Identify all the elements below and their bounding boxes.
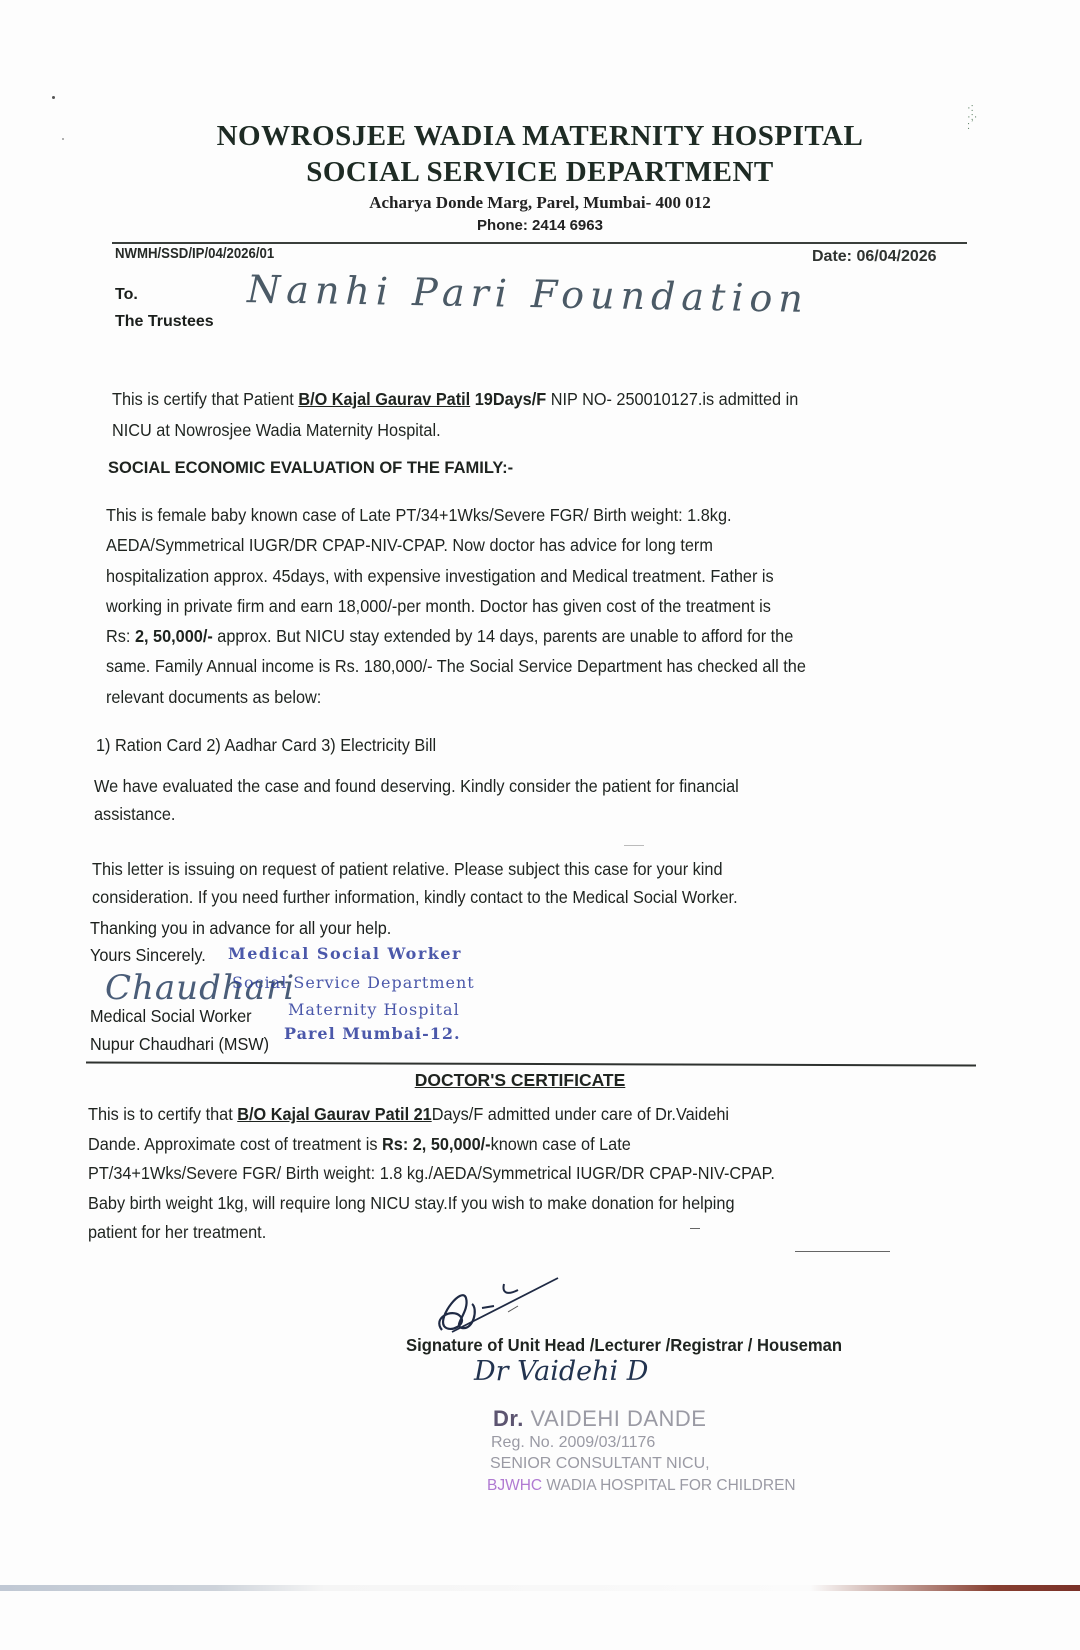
hospital-address: Acharya Donde Marg, Parel, Mumbai- 400 0… bbox=[0, 193, 1080, 213]
evaluation-line: Rs: 2, 50,000/- approx. But NICU stay ex… bbox=[106, 621, 806, 651]
intro-line-2: NICU at Nowrosjee Wadia Maternity Hospit… bbox=[112, 415, 798, 446]
reference-number: NWMH/SSD/IP/04/2026/01 bbox=[115, 245, 274, 262]
evaluation-line: same. Family Annual income is Rs. 180,00… bbox=[106, 651, 806, 681]
doctor-stamp-name: Dr. VAIDEHI DANDE bbox=[493, 1406, 706, 1432]
scan-edge bbox=[0, 1585, 1080, 1591]
doctor-stamp-hospital: BJWHC WADIA HOSPITAL FOR CHILDREN bbox=[487, 1477, 796, 1495]
hospital-name: NOWROSJEE WADIA MATERNITY HOSPITAL bbox=[0, 120, 1080, 153]
doctor-stamp-reg: Reg. No. 2009/03/1176 bbox=[491, 1434, 655, 1452]
msw-stamp-line: Maternity Hospital bbox=[288, 1000, 460, 1019]
treatment-cost: Rs: 2, 50,000/- bbox=[382, 1134, 491, 1154]
request-paragraph: This letter is issuing on request of pat… bbox=[92, 855, 738, 911]
msw-stamp-line: Medical Social Worker bbox=[228, 944, 462, 963]
evaluation-line: working in private firm and earn 18,000/… bbox=[106, 591, 806, 621]
documents-list: 1) Ration Card 2) Aadhar Card 3) Electri… bbox=[96, 730, 436, 761]
doctor-certificate-title: DOCTOR'S CERTIFICATE bbox=[0, 1070, 1040, 1091]
to-label: To. bbox=[115, 286, 138, 304]
handwritten-addressee: Nanhi Pari Foundation bbox=[247, 267, 810, 321]
evaluation-line: AEDA/Symmetrical IUGR/DR CPAP-NIV-CPAP. … bbox=[106, 530, 806, 560]
department-name: SOCIAL SERVICE DEPARTMENT bbox=[0, 156, 1080, 189]
closing-thanks: Thanking you in advance for all your hel… bbox=[90, 918, 391, 939]
recommendation-paragraph: We have evaluated the case and found des… bbox=[94, 772, 739, 828]
scan-mark bbox=[624, 845, 644, 846]
letter-date: Date: 06/04/2026 bbox=[812, 248, 937, 266]
doctor-certificate-paragraph: This is to certify that B/O Kajal Gaurav… bbox=[88, 1100, 775, 1248]
evaluation-line: relevant documents as below: bbox=[106, 682, 806, 712]
scan-speck bbox=[52, 96, 55, 99]
closing-yours: Yours Sincerely. bbox=[90, 945, 206, 966]
msw-stamp-line: Social Service Department bbox=[232, 973, 475, 992]
doctor-signature-mark-icon bbox=[432, 1268, 572, 1338]
hospital-phone: Phone: 2414 6963 bbox=[0, 217, 1080, 234]
date-label: Date: bbox=[812, 248, 852, 265]
signature-caption: Signature of Unit Head /Lecturer /Regist… bbox=[406, 1335, 842, 1356]
evaluation-heading: SOCIAL ECONOMIC EVALUATION OF THE FAMILY… bbox=[108, 459, 513, 478]
trustees-label: The Trustees bbox=[115, 313, 214, 331]
evaluation-line: This is female baby known case of Late P… bbox=[106, 500, 806, 530]
doctor-stamp-designation: SENIOR CONSULTANT NICU, bbox=[490, 1455, 710, 1473]
evaluation-line: hospitalization approx. 45days, with exp… bbox=[106, 561, 806, 591]
intro-paragraph: This is certify that Patient B/O Kajal G… bbox=[112, 384, 798, 446]
header-divider bbox=[112, 242, 967, 244]
intro-line-1: This is certify that Patient B/O Kajal G… bbox=[112, 384, 798, 415]
msw-title: Medical Social Worker bbox=[90, 1006, 252, 1027]
section-divider bbox=[86, 1061, 976, 1066]
patient-name: B/O Kajal Gaurav Patil 21 bbox=[237, 1104, 431, 1124]
doctor-handwritten-name: Dr Vaidehi D bbox=[474, 1356, 648, 1387]
msw-name: Nupur Chaudhari (MSW) bbox=[90, 1034, 269, 1055]
patient-name: B/O Kajal Gaurav Patil bbox=[298, 389, 470, 409]
msw-stamp-line: Parel Mumbai-12. bbox=[284, 1024, 461, 1043]
signature-line bbox=[795, 1251, 890, 1252]
treatment-cost: 2, 50,000/- bbox=[135, 626, 213, 646]
scan-mark bbox=[690, 1228, 700, 1229]
evaluation-paragraph: This is female baby known case of Late P… bbox=[106, 500, 806, 712]
date-value: 06/04/2026 bbox=[856, 248, 936, 265]
patient-age: 19Days/F bbox=[470, 389, 546, 409]
